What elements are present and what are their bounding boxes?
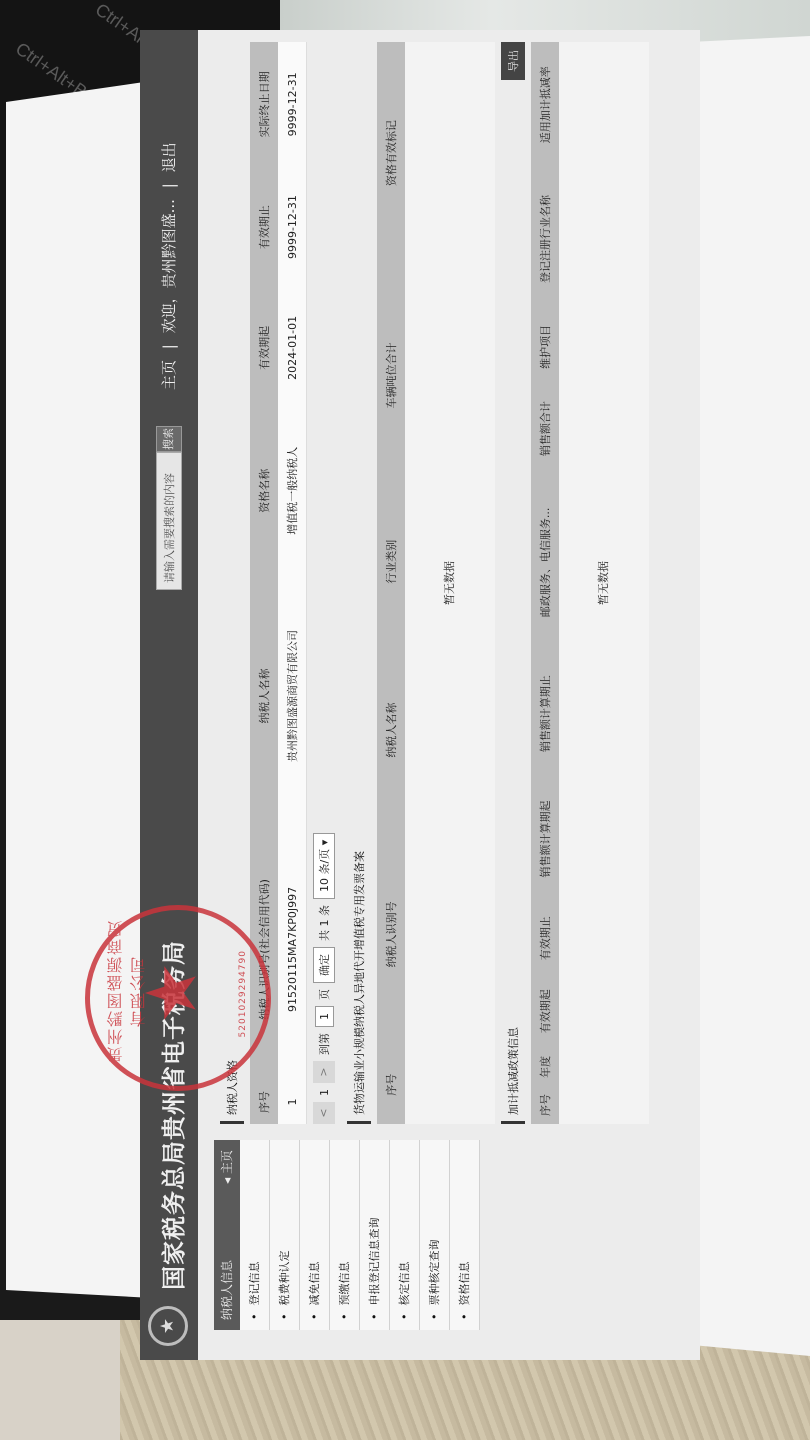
top-links: 主页 | 欢迎，贵州黔图盛... | 退出: [158, 136, 179, 390]
transport-column-header: 行业类别: [377, 487, 405, 637]
deduction-column-header: 销售额合计: [531, 383, 559, 473]
goto-page-input[interactable]: 1: [315, 1006, 334, 1027]
table-cell: 1: [278, 1080, 307, 1124]
table-row[interactable]: 191520115MA7KP0J997贵州黔图盛源商贸有限公司增值税一般纳税人2…: [278, 42, 307, 1124]
deduction-empty-state: 暂无数据: [559, 42, 649, 1124]
transport-column-header: 车辆吨位合计: [377, 264, 405, 486]
national-emblem-icon: ★: [148, 1306, 188, 1346]
transport-column-header: 序号: [377, 1046, 405, 1124]
section-title-deduction: 加计抵减政策信息: [501, 42, 525, 1124]
sidebar-item-prepayment[interactable]: 预缴信息: [330, 1140, 360, 1330]
main-content: 纳税人资格 序号纳税人识别号(社会信用代码)纳税人名称资格名称有效期起有效期止实…: [214, 42, 649, 1124]
separator: |: [160, 183, 178, 188]
qualification-column-header: 序号: [250, 1080, 278, 1124]
transport-column-header: 纳税人识别号: [377, 823, 405, 1045]
star-icon: ★: [136, 962, 206, 1025]
deduction-column-header: 销售额计算期止: [531, 651, 559, 776]
transport-column-header: 纳税人名称: [377, 637, 405, 823]
export-button[interactable]: 导出: [501, 42, 525, 80]
page-size-value: 10 条/页: [318, 849, 331, 892]
search-button[interactable]: 搜索: [156, 426, 182, 452]
confirm-button[interactable]: 确定: [313, 947, 335, 983]
sidebar-item-declaration-query[interactable]: 申报登记信息查询: [360, 1140, 390, 1330]
sidebar-item-qualification[interactable]: 资格信息: [450, 1140, 480, 1330]
deduction-table: 序号年度有效期起有效期止销售额计算期起销售额计算期止邮政服务、电信服务...销售…: [531, 42, 559, 1124]
sidebar-home-link[interactable]: ◂ 主页: [214, 1150, 240, 1184]
table-cell: 增值税一般纳税人: [278, 408, 307, 573]
sidebar-title: 纳税人信息: [214, 1260, 240, 1320]
home-link[interactable]: 主页: [160, 360, 178, 390]
sidebar-item-registration[interactable]: 登记信息: [240, 1140, 270, 1330]
qualification-column-header: 纳税人名称: [250, 573, 278, 819]
sidebar: 纳税人信息 ◂ 主页 登记信息 税费种认定 减免信息 预缴信息 申报登记信息查询…: [214, 1140, 514, 1330]
sidebar-header: 纳税人信息 ◂ 主页: [214, 1140, 240, 1330]
qualification-column-header: 有效期起: [250, 287, 278, 408]
next-page-button[interactable]: >: [313, 1061, 335, 1083]
company-seal: 贵州黔图盛源商贸有限公司 ★ 5201029294790: [85, 905, 271, 1091]
deduction-column-header: 邮政服务、电信服务...: [531, 474, 559, 651]
logout-link[interactable]: 退出: [160, 142, 178, 172]
deduction-column-header: 有效期起: [531, 975, 559, 1048]
sidebar-item-invoice-type[interactable]: 票种核定查询: [420, 1140, 450, 1330]
deduction-column-header: 维护项目: [531, 310, 559, 383]
qualification-column-header: 实际终止日期: [250, 42, 278, 167]
total-count: 共 1 条: [316, 905, 332, 941]
qualification-column-header: 资格名称: [250, 408, 278, 573]
welcome-user[interactable]: 欢迎，贵州黔图盛...: [160, 199, 178, 333]
table-cell: 2024-01-01: [278, 287, 307, 408]
deduction-column-header: 登记注册行业名称: [531, 167, 559, 310]
seal-number: 5201029294790: [238, 950, 248, 1037]
page-unit: 页: [316, 989, 332, 1000]
separator: |: [160, 344, 178, 349]
sidebar-item-assessment[interactable]: 核定信息: [390, 1140, 420, 1330]
table-cell: 9999-12-31: [278, 42, 307, 167]
deduction-column-header: 适用加计抵减率: [531, 42, 559, 167]
sidebar-item-exemption[interactable]: 减免信息: [300, 1140, 330, 1330]
floor-background: [0, 1320, 130, 1440]
transport-column-header: 资格有效标记: [377, 42, 405, 264]
section-title-transport: 货物运输业小规模纳税人异地代开增值税专用发票备案: [347, 42, 371, 1124]
top-bar: ★ 国家税务总局贵州省电子税务局 请输入需要搜索的内容 搜索 主页 | 欢迎，贵…: [140, 30, 198, 1360]
chevron-down-icon: ▾: [318, 840, 331, 846]
prev-page-button[interactable]: <: [313, 1102, 335, 1124]
transport-empty-state: 暂无数据: [405, 42, 495, 1124]
page-size-select[interactable]: 10 条/页 ▾: [313, 833, 335, 899]
transport-table: 序号纳税人识别号纳税人名称行业类别车辆吨位合计资格有效标记: [377, 42, 405, 1124]
current-page[interactable]: 1: [318, 1089, 331, 1096]
sidebar-home-label: 主页: [220, 1150, 234, 1174]
goto-label: 到第: [316, 1033, 332, 1055]
deduction-column-header: 序号: [531, 1086, 559, 1124]
sidebar-item-tax-type[interactable]: 税费种认定: [270, 1140, 300, 1330]
table-cell: 贵州黔图盛源商贸有限公司: [278, 573, 307, 819]
table-cell: 91520115MA7KP0J997: [278, 819, 307, 1080]
deduction-column-header: 销售额计算期起: [531, 776, 559, 901]
search-input[interactable]: 请输入需要搜索的内容: [156, 452, 182, 590]
printed-screen: ★ 国家税务总局贵州省电子税务局 请输入需要搜索的内容 搜索 主页 | 欢迎，贵…: [140, 30, 700, 1360]
table-cell: 9999-12-31: [278, 167, 307, 288]
pagination: < 1 > 到第 1 页 确定 共 1 条 10 条/页 ▾: [307, 42, 341, 1124]
deduction-column-header: 年度: [531, 1048, 559, 1086]
qualification-column-header: 有效期止: [250, 167, 278, 288]
deduction-column-header: 有效期止: [531, 902, 559, 975]
